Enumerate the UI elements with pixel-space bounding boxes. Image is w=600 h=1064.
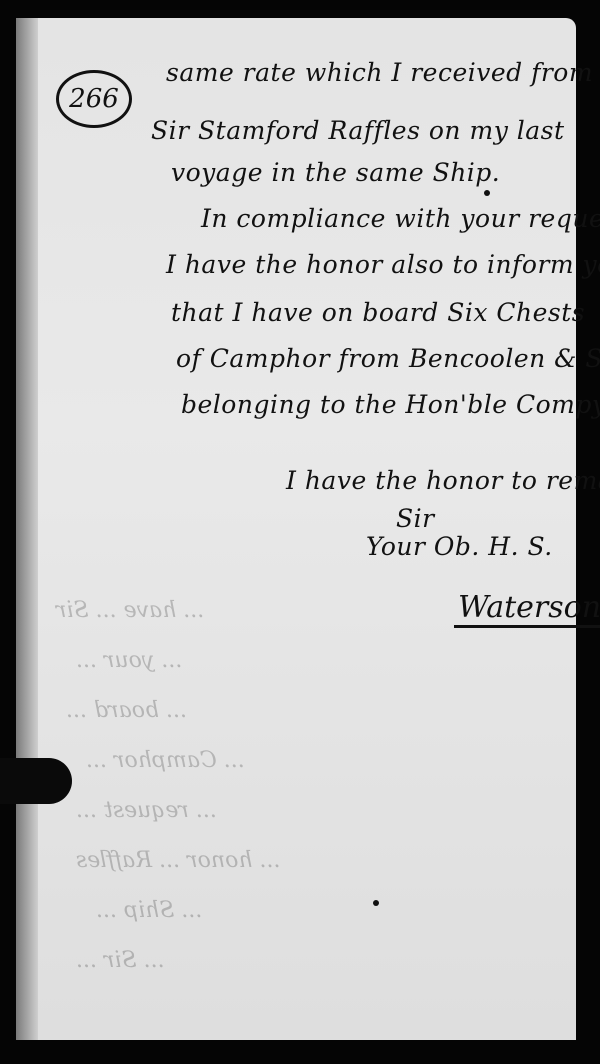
text-line-1: same rate which I received from	[166, 58, 593, 87]
text-line-4: In compliance with your request	[201, 204, 600, 233]
bleed-through-3: ... board ...	[66, 698, 187, 723]
binding-clip	[0, 758, 72, 804]
letter-page: 266 same rate which I received from Sir …	[16, 18, 576, 1040]
bleed-through-1: ... have ... Sir	[56, 598, 204, 623]
bleed-through-5: ... request ...	[76, 798, 217, 823]
ink-spot	[373, 900, 379, 906]
bleed-through-2: ... your ...	[76, 648, 182, 673]
text-line-6: that I have on board Six Chests	[171, 298, 585, 327]
text-line-8: belonging to the Hon'ble Compy.	[181, 390, 600, 419]
folio-number: 266	[56, 70, 132, 128]
signature: Waterson	[454, 590, 600, 628]
subscription: Your Ob. H. S.	[366, 532, 553, 561]
text-line-7: of Camphor from Bencoolen & S.	[176, 344, 600, 373]
bleed-through-7: ... Ship ...	[96, 898, 202, 923]
text-line-3: voyage in the same Ship.	[171, 158, 500, 187]
bleed-through-4: ... Camphor ...	[86, 748, 245, 773]
ink-spot	[484, 190, 490, 196]
text-line-5: I have the honor also to inform you	[166, 250, 600, 279]
bleed-through-6: ... honor ... Raffles	[76, 848, 280, 873]
bleed-through-8: ... Sir ...	[76, 948, 165, 973]
valediction: I have the honor to remain	[286, 466, 600, 495]
text-line-2: Sir Stamford Raffles on my last	[151, 116, 565, 145]
salutation: Sir	[396, 504, 435, 533]
